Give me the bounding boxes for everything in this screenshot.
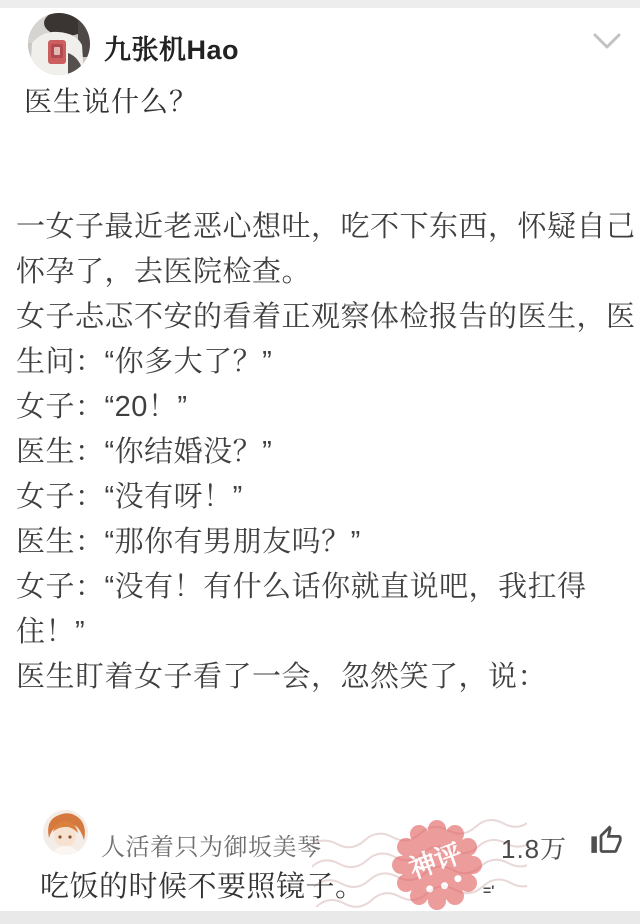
post-title: 医生说什么？	[24, 80, 198, 120]
post-body-line: 女子忐忑不安的看着正观察体检报告的医生，医	[16, 295, 631, 340]
post-body-line: 女子：“没有呀！”	[16, 475, 631, 520]
post-body-line: 住！”	[16, 610, 631, 655]
top-edge-strip	[0, 0, 640, 8]
post-body-line: 医生盯着女子看了一会，忽然笑了，说：	[16, 655, 631, 700]
commenter-avatar[interactable]	[43, 810, 88, 855]
comment-text: 吃饭的时候不要照镜子。	[40, 864, 365, 905]
post-body-line: 怀孕了，去医院检查。	[16, 250, 631, 295]
thumbs-up-icon[interactable]	[590, 824, 623, 857]
post-body-line: 生问：“你多大了？”	[16, 340, 631, 385]
author-name[interactable]: 九张机Hao	[104, 28, 239, 67]
like-count[interactable]: 1.8万	[501, 829, 567, 866]
post-page: 九张机Hao 医生说什么？ 一女子最近老恶心想吐，吃不下东西，怀疑自己怀孕了，去…	[0, 0, 640, 924]
post-body: 一女子最近老恶心想吐，吃不下东西，怀疑自己怀孕了，去医院检查。女子忐忑不安的看着…	[16, 205, 631, 700]
stray-watermark-mark: ='	[483, 882, 495, 898]
commenter-avatar-image	[43, 810, 88, 855]
commenter-name[interactable]: 人活着只为御坂美琴	[101, 827, 322, 862]
post-body-line: 医生：“你结婚没？”	[16, 430, 631, 475]
chevron-down-icon[interactable]	[592, 32, 622, 52]
bottom-edge-strip	[0, 911, 640, 924]
post-body-line: 一女子最近老恶心想吐，吃不下东西，怀疑自己	[16, 205, 631, 250]
post-body-line: 女子：“20！”	[16, 385, 631, 430]
author-avatar[interactable]	[28, 13, 90, 75]
author-avatar-photo	[28, 13, 90, 75]
post-body-line: 医生：“那你有男朋友吗？”	[16, 520, 631, 565]
post-body-line: 女子：“没有！有什么话你就直说吧，我扛得	[16, 565, 631, 610]
stamp-text: 神评	[405, 838, 466, 885]
